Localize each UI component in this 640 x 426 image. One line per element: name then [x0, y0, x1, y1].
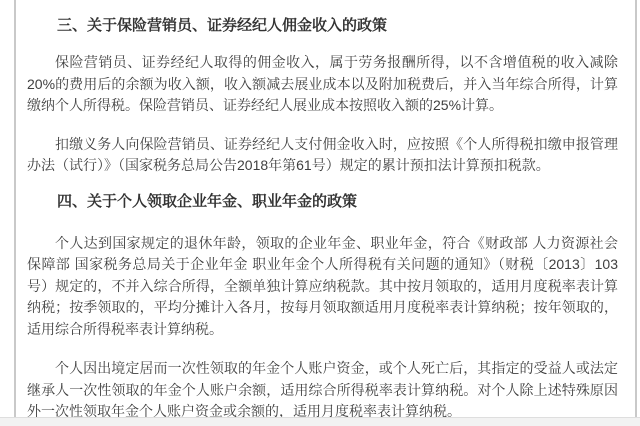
section-3-heading: 三、关于保险营销员、证券经纪人佣金收入的政策	[27, 15, 618, 37]
article-page: { "article": { "sections": [ { "heading"…	[0, 0, 640, 426]
section-3-paragraph-1: 保险营销员、证券经纪人取得的佣金收入，属于劳务报酬所得，以不含增值税的收入减除2…	[27, 52, 618, 117]
section-4-heading: 四、关于个人领取企业年金、职业年金的政策	[27, 191, 618, 213]
section-3-paragraph-2: 扣缴义务人向保险营销员、证券经纪人支付佣金收入时，应按照《个人所得税扣缴申报管理…	[27, 134, 618, 177]
footer-strip	[0, 417, 640, 426]
article-content-panel: 三、关于保险营销员、证券经纪人佣金收入的政策 保险营销员、证券经纪人取得的佣金收…	[14, 0, 637, 418]
section-4-paragraph-2: 个人因出境定居而一次性领取的年金个人账户资金，或个人死亡后，其指定的受益人或法定…	[27, 358, 618, 418]
section-4-paragraph-1: 个人达到国家规定的退休年龄，领取的企业年金、职业年金，符合《财政部 人力资源社会…	[27, 233, 618, 341]
